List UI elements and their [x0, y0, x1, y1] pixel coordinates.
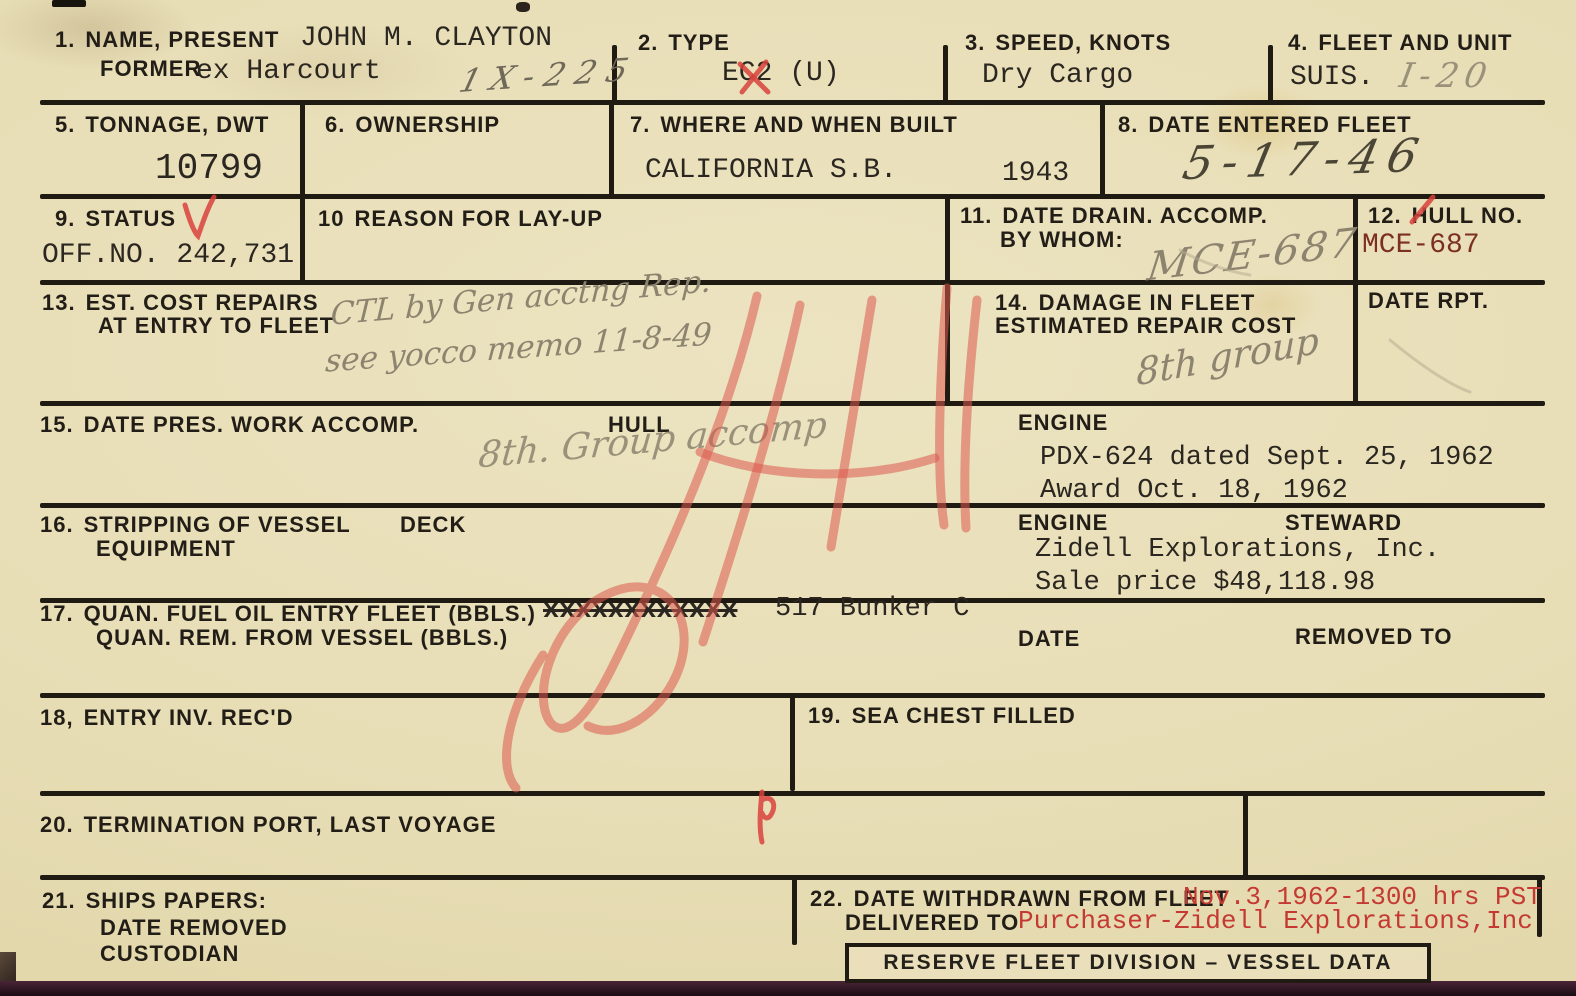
- field-10-label: 10REASON FOR LAY-UP: [318, 206, 603, 232]
- field-9-label: 9.STATUS: [55, 206, 176, 232]
- field-1-former-label: FORMER: [100, 56, 201, 82]
- signature-stroke: [507, 655, 543, 788]
- field-7-value: CALIFORNIA S.B.: [645, 155, 897, 186]
- engine-15-line2: Award Oct. 18, 1962: [1040, 476, 1348, 506]
- date-17-label: DATE: [1018, 626, 1080, 652]
- field-17-struck-text: xxxxxxxxxxxx: [543, 596, 737, 626]
- field-16-label: 16.STRIPPING OF VESSEL: [40, 512, 351, 538]
- engine-15-line1: PDX-624 dated Sept. 25, 1962: [1040, 443, 1494, 473]
- vessel-data-card: 1.NAME, PRESENT JOHN M. CLAYTON FORMER e…: [0, 0, 1576, 996]
- field-11-label: 11.DATE DRAIN. ACCOMP.: [960, 203, 1268, 229]
- steward-16-label: STEWARD: [1285, 510, 1402, 536]
- signature-stroke: [700, 452, 935, 474]
- date-rpt-label: DATE RPT.: [1368, 288, 1489, 314]
- field-22-delivered-value: Purchaser-Zidell Explorations,Inc: [1018, 906, 1533, 936]
- field-16-sale-price: Sale price $48,118.98: [1035, 568, 1375, 598]
- grid-line: [300, 194, 305, 285]
- grid-line: [1100, 100, 1105, 199]
- grid-line: [943, 45, 948, 105]
- signature-stroke: [965, 300, 977, 528]
- scan-mark: [52, 0, 86, 7]
- field-16-purchaser: Zidell Explorations, Inc.: [1035, 535, 1440, 565]
- field-8-handwritten-value: 5-17-46: [1178, 128, 1432, 190]
- signature-stroke: [831, 300, 872, 547]
- field-21-date-removed-label: DATE REMOVED: [100, 915, 288, 941]
- field-17-label: 17.QUAN. FUEL OIL ENTRY FLEET (BBLS.): [40, 601, 536, 627]
- field-6-label: 6.OWNERSHIP: [325, 112, 500, 138]
- field-15-label: 15.DATE PRES. WORK ACCOMP.: [40, 412, 419, 438]
- field-16-label2: EQUIPMENT: [96, 536, 236, 562]
- field-2-value: EC2 (U): [722, 58, 840, 89]
- grid-line: [1243, 791, 1248, 880]
- grid-line: [40, 791, 1545, 796]
- field-7-label: 7.WHERE AND WHEN BUILT: [630, 112, 958, 138]
- card-footer-title: RESERVE FLEET DIVISION – VESSEL DATA: [845, 943, 1431, 983]
- grid-line: [1268, 45, 1273, 105]
- status-check-mark: [185, 197, 214, 236]
- field-12-value: MCE-687: [1362, 230, 1480, 261]
- field-9-value: OFF.NO. 242,731: [42, 240, 294, 271]
- grid-line: [40, 194, 1545, 199]
- field-17-label2: QUAN. REM. FROM VESSEL (BBLS.): [96, 625, 508, 651]
- engine-16-label: ENGINE: [1018, 510, 1108, 536]
- scan-mark: [516, 2, 530, 12]
- field-3-value: Dry Cargo: [982, 60, 1133, 91]
- field-7-year: 1943: [1002, 158, 1069, 189]
- field-1-value: JOHN M. CLAYTON: [300, 23, 552, 54]
- signature-stroke: [703, 305, 800, 642]
- grid-line: [40, 280, 1545, 285]
- card-bottom-edge: [0, 981, 1576, 996]
- grid-line: [945, 194, 950, 406]
- grid-line: [609, 100, 614, 199]
- field-1-label: 1.NAME, PRESENT: [55, 27, 279, 53]
- field-17-value: 517 Bunker C: [775, 594, 969, 624]
- field-20-label: 20.TERMINATION PORT, LAST VOYAGE: [40, 812, 496, 838]
- card-footer-text: RESERVE FLEET DIVISION – VESSEL DATA: [883, 951, 1392, 975]
- grid-line: [300, 100, 305, 199]
- field-19-label: 19.SEA CHEST FILLED: [808, 703, 1076, 729]
- field-13-label2: AT ENTRY TO FLEET: [98, 313, 334, 339]
- grid-line: [792, 875, 797, 945]
- pencil-smudge: [1390, 340, 1470, 392]
- field-21-custodian-label: CUSTODIAN: [100, 941, 239, 967]
- field-16-deck-label: DECK: [400, 512, 466, 538]
- engine-15-label: ENGINE: [1018, 410, 1108, 436]
- field-4-pencil-annotation: I-20: [1396, 56, 1495, 96]
- field-4-label: 4.FLEET AND UNIT: [1288, 30, 1512, 56]
- grid-line: [40, 401, 1545, 406]
- field-5-value: 10799: [155, 148, 263, 189]
- field-2-label: 2.TYPE: [638, 30, 730, 56]
- field-4-value: SUIS.: [1290, 62, 1374, 93]
- grid-line: [790, 693, 795, 791]
- field-12-label: 12.HULL NO.: [1368, 203, 1523, 229]
- field-5-label: 5.TONNAGE, DWT: [55, 112, 269, 138]
- field-21-label: 21.SHIPS PAPERS:: [42, 888, 267, 914]
- field-18-label: 18,ENTRY INV. REC'D: [40, 705, 294, 731]
- red-p-mark: [760, 792, 774, 842]
- field-1-former-value: ex Harcourt: [196, 56, 381, 87]
- grid-line: [40, 100, 1545, 105]
- field-3-label: 3.SPEED, KNOTS: [965, 30, 1171, 56]
- removed-to-label: REMOVED TO: [1295, 624, 1453, 650]
- field-22-delivered-label: DELIVERED TO: [845, 910, 1019, 936]
- field-11-by-whom-label: BY WHOM:: [1000, 227, 1124, 253]
